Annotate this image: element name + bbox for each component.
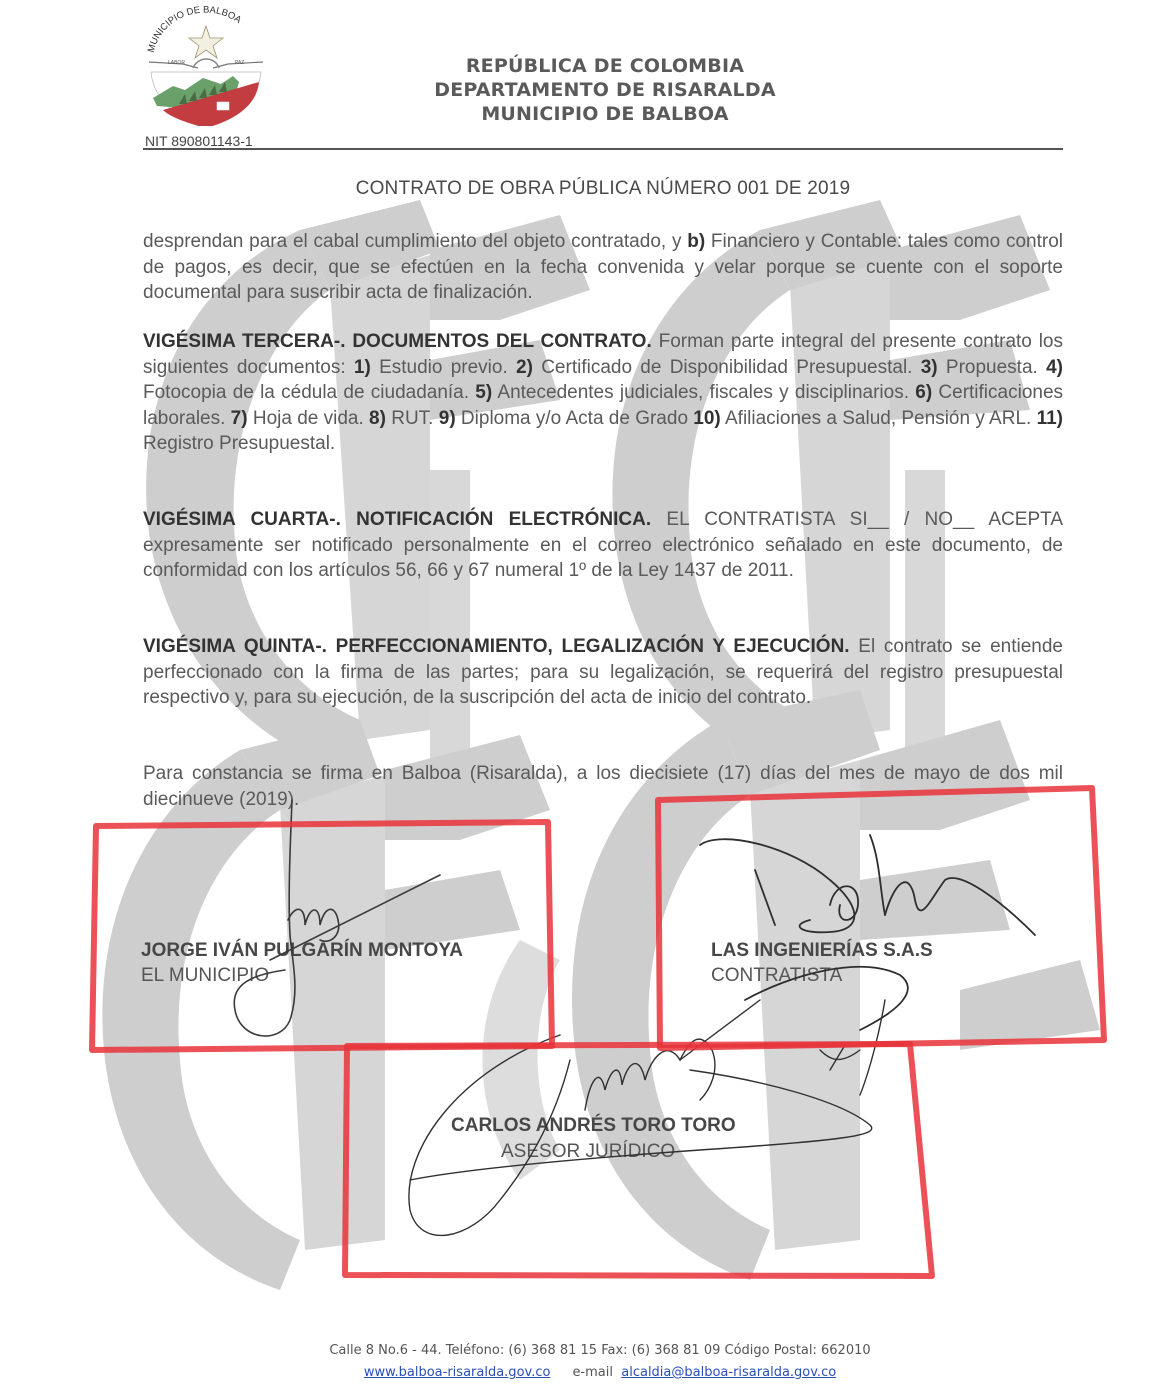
signature-name-municipio: JORGE IVÁN PULGARÍN MONTOYA — [141, 940, 463, 962]
signature-role-asesor: ASESOR JURÍDICO — [501, 1141, 675, 1163]
logo-ribbon-right: PAZ — [235, 60, 244, 66]
nit-number: NIT 890801143-1 — [145, 133, 253, 149]
signing-statement: Para constancia se firma en Balboa (Risa… — [143, 761, 1063, 812]
signature-name-asesor: CARLOS ANDRÉS TORO TORO — [451, 1115, 736, 1137]
clause-vigesima-cuarta: VIGÉSIMA CUARTA-. NOTIFICACIÓN ELECTRÓNI… — [143, 507, 1063, 584]
contract-title: CONTRATO DE OBRA PÚBLICA NÚMERO 001 DE 2… — [143, 178, 1063, 200]
footer-address: Calle 8 No.6 - 44. Teléfono: (6) 368 81 … — [0, 1340, 1175, 1362]
clause-vigesima-quinta: VIGÉSIMA QUINTA-. PERFECCIONAMIENTO, LEG… — [143, 634, 1063, 711]
footer: Calle 8 No.6 - 44. Teléfono: (6) 368 81 … — [0, 1340, 1175, 1384]
footer-email-link[interactable]: alcaldia@balboa-risaralda.gov.co — [621, 1365, 836, 1380]
clause-vigesima-tercera: VIGÉSIMA TERCERA-. DOCUMENTOS DEL CONTRA… — [143, 329, 1063, 457]
paragraph-supervision: desprendan para el cabal cumplimiento de… — [143, 229, 1063, 306]
header-divider — [143, 148, 1063, 150]
header-titles: REPÚBLICA DE COLOMBIA DEPARTAMENTO DE RI… — [380, 54, 830, 126]
signature-name-contratista: LAS INGENIERÍAS S.A.S — [711, 940, 933, 962]
signature-role-contratista: CONTRATISTA — [711, 965, 842, 987]
municipio-balboa-logo: MUNICIPIO DE BALBOA LABOR PAZ — [143, 6, 268, 126]
svg-text:MUNICIPIO DE BALBOA: MUNICIPIO DE BALBOA — [146, 6, 244, 54]
footer-email-label: e-mail — [572, 1365, 613, 1380]
signature-role-municipio: EL MUNICIPIO — [141, 965, 269, 987]
header-title-department: DEPARTAMENTO DE RISARALDA — [380, 78, 830, 102]
logo-arc-text: MUNICIPIO DE BALBOA — [146, 6, 244, 54]
footer-website-link[interactable]: www.balboa-risaralda.gov.co — [364, 1365, 551, 1380]
header-title-municipality: MUNICIPIO DE BALBOA — [380, 102, 830, 126]
header-title-country: REPÚBLICA DE COLOMBIA — [380, 54, 830, 78]
logo-ribbon-left: LABOR — [168, 60, 185, 66]
